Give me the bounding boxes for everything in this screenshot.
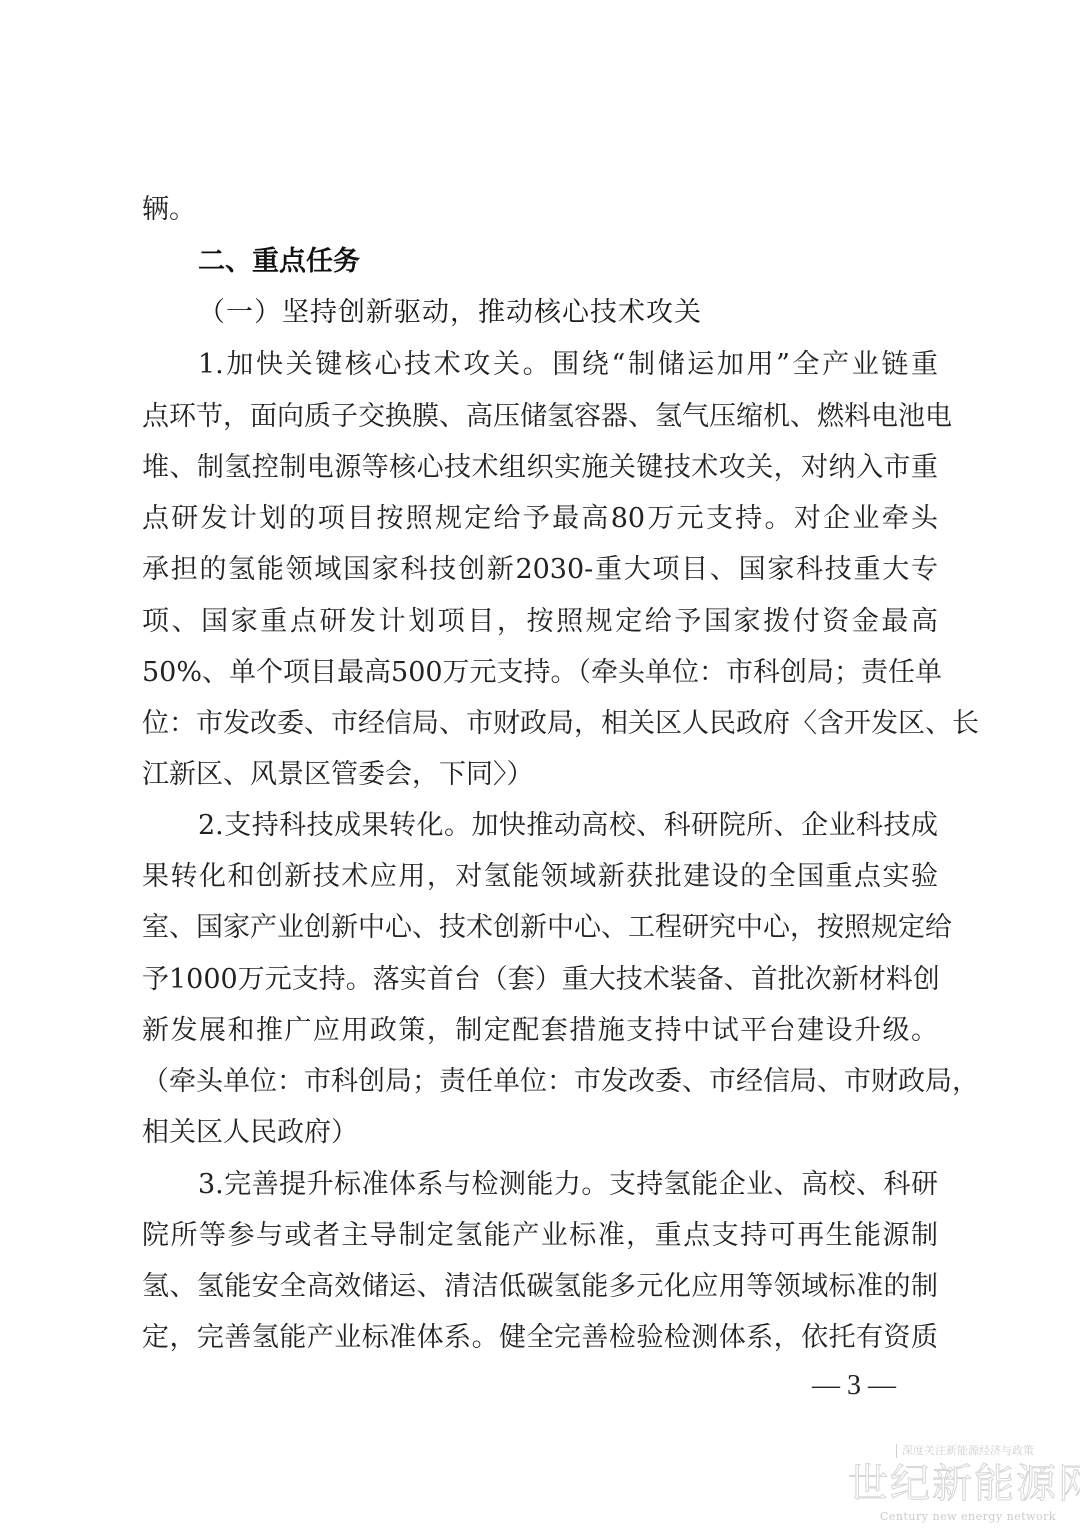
document-page: 辆。 二、重点任务 （一）坚持创新驱动，推动核心技术攻关 1.加快关键核心技术攻… xyxy=(0,0,1080,1532)
watermark-logo-text: 世纪新能源网 xyxy=(848,1462,1080,1506)
item-3-line-1: 院所等参与或者主导制定氢能产业标准，重点支持可再生能源制 xyxy=(142,1210,938,1262)
line-0: 辆。 xyxy=(142,184,938,236)
section-heading: 二、重点任务 xyxy=(198,236,360,288)
item-2-line-3: 予1000万元支持。落实首台（套）重大技术装备、首批次新材料创 xyxy=(142,954,938,1006)
page-number: — 3 — xyxy=(812,1366,896,1406)
item-2-line-2: 室、国家产业创新中心、技术创新中心、工程研究中心，按照规定给 xyxy=(142,902,938,954)
item-3-line-0: 3.完善提升标准体系与检测能力。支持氢能企业、高校、科研 xyxy=(198,1159,938,1211)
item-1-line-6: 50%、单个项目最高500万元支持。（牵头单位：市科创局；责任单 xyxy=(142,647,938,699)
item-2-line-5: （牵头单位：市科创局；责任单位：市发改委、市经信局、市财政局， xyxy=(142,1056,938,1108)
item-2-line-1: 果转化和创新技术应用，对氢能领域新获批建设的全国重点实验 xyxy=(142,851,938,903)
item-1-line-3: 点研发计划的项目按照规定给予最高80万元支持。对企业牵头 xyxy=(142,493,938,545)
item-1-line-2: 堆、制氢控制电源等核心技术组织实施关键技术攻关，对纳入市重 xyxy=(142,442,938,494)
item-2-line-6: 相关区人民政府） xyxy=(142,1107,938,1159)
item-3-line-2: 氢、氢能安全高效储运、清洁低碳氢能多元化应用等领域标准的制 xyxy=(142,1261,938,1313)
watermark-tagline: 深度关注新能源经济与政策 xyxy=(896,1444,1034,1458)
item-1-line-0: 1.加快关键核心技术攻关。围绕“制储运加用”全产业链重 xyxy=(198,339,938,391)
item-1-line-4: 承担的氢能领域国家科技创新2030-重大项目、国家科技重大专 xyxy=(142,544,938,596)
item-1-line-1: 点环节，面向质子交换膜、高压储氢容器、氢气压缩机、燃料电池电 xyxy=(142,391,938,443)
item-2-line-4: 新发展和推广应用政策，制定配套措施支持中试平台建设升级。 xyxy=(142,1005,938,1057)
watermark-subtitle: Century new energy network xyxy=(880,1510,1056,1523)
item-3-line-3: 定，完善氢能产业标准体系。健全完善检验检测体系，依托有资质 xyxy=(142,1312,938,1364)
subsection-heading: （一）坚持创新驱动，推动核心技术攻关 xyxy=(198,287,702,339)
item-1-line-5: 项、国家重点研发计划项目，按照规定给予国家拨付资金最高 xyxy=(142,596,938,648)
watermark: 深度关注新能源经济与政策 世纪新能源网 Century new energy n… xyxy=(840,1440,1080,1532)
item-1-line-8: 江新区、风景区管委会，下同〉） xyxy=(142,749,938,801)
item-2-line-0: 2.支持科技成果转化。加快推动高校、科研院所、企业科技成 xyxy=(198,800,938,852)
item-1-line-7: 位：市发改委、市经信局、市财政局，相关区人民政府〈含开发区、长 xyxy=(142,698,938,750)
